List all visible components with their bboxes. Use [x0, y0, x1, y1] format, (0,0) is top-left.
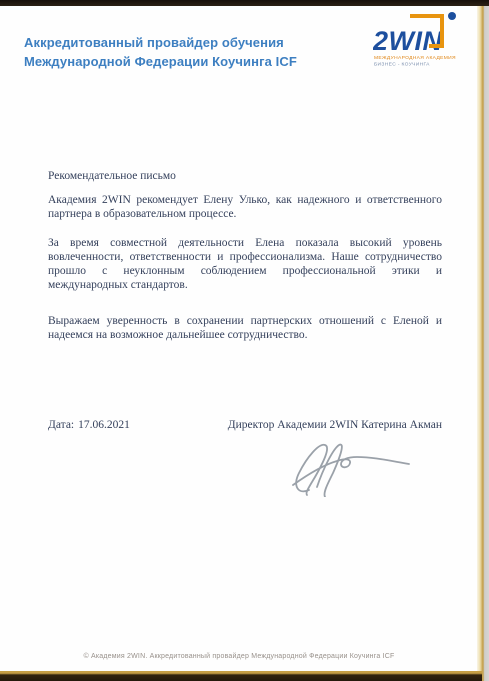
logo-dot-icon	[448, 12, 456, 20]
signature-icon	[279, 435, 414, 497]
signature-area	[48, 435, 414, 497]
accreditation-line1: Аккредитованный провайдер обучения	[24, 33, 297, 52]
2win-logo: 2WIN МЕЖДУНАРОДНАЯ АКАДЕМИЯ БИЗНЕС - КОУ…	[373, 10, 469, 68]
bottom-border	[0, 671, 482, 681]
accreditation-text: Аккредитованный провайдер обучения Между…	[24, 10, 297, 71]
accreditation-line2: Международной Федерации Коучинга ICF	[24, 52, 297, 71]
copyright-footer: © Академия 2WIN. Аккредитованный провайд…	[0, 653, 478, 660]
letter-paragraph-2: За время совместной деятельности Елена п…	[48, 236, 442, 292]
letter-title: Рекомендательное письмо	[48, 170, 442, 182]
document-frame: Аккредитованный провайдер обучения Между…	[0, 0, 489, 681]
date-field: Дата:17.06.2021	[48, 419, 130, 431]
date-signer-row: Дата:17.06.2021 Директор Академии 2WIN К…	[48, 419, 442, 431]
letter-header: Аккредитованный провайдер обучения Между…	[24, 10, 469, 72]
signer-name: Директор Академии 2WIN Катерина Акман	[228, 419, 442, 431]
letter-paragraph-3: Выражаем уверенность в сохранении партне…	[48, 314, 442, 342]
logo-tagline-line2: БИЗНЕС - КОУЧИНГА	[374, 62, 430, 68]
logo-tagline-line1: МЕЖДУНАРОДНАЯ АКАДЕМИЯ	[374, 55, 456, 61]
letter-page: Аккредитованный провайдер обучения Между…	[0, 6, 478, 671]
letter-body: Рекомендательное письмо Академия 2WIN ре…	[48, 170, 442, 497]
date-value: 17.06.2021	[78, 419, 130, 431]
top-border	[0, 0, 489, 6]
page-edge-strip	[477, 0, 489, 681]
letter-paragraph-1: Академия 2WIN рекомендует Елену Улько, к…	[48, 193, 442, 221]
2win-logo-graphic: 2WIN МЕЖДУНАРОДНАЯ АКАДЕМИЯ БИЗНЕС - КОУ…	[373, 10, 469, 68]
logo-wordmark: 2WIN	[373, 26, 443, 56]
date-label: Дата:	[48, 419, 74, 431]
